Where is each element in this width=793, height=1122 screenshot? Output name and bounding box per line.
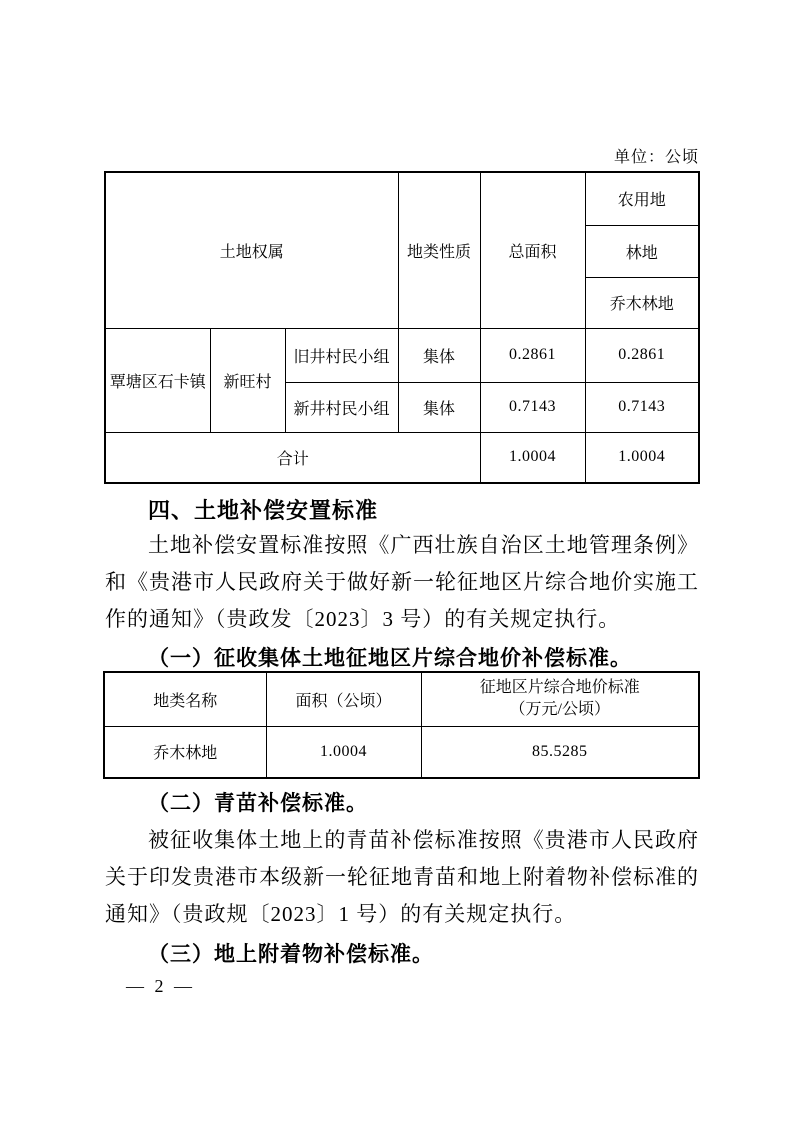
table2-header-row: 地类名称 面积（公顷） 征地区片综合地价标准 （万元/公顷）: [104, 672, 699, 726]
header-arbor-forest-land: 乔木林地: [585, 277, 699, 328]
cell-price: 85.5285: [421, 726, 699, 778]
cell-subtype-area-sum: 1.0004: [585, 432, 699, 483]
header-forest-land: 林地: [585, 225, 699, 277]
cell-total-area: 0.7143: [480, 382, 585, 432]
cell-total-area: 0.2861: [480, 328, 585, 382]
header-land-ownership: 土地权属: [105, 172, 398, 328]
table1-total-row: 合计 1.0004 1.0004: [105, 432, 699, 483]
cell-nature: 集体: [398, 328, 480, 382]
compensation-price-table: 地类名称 面积（公顷） 征地区片综合地价标准 （万元/公顷） 乔木林地 1.00…: [103, 671, 700, 779]
cell-subtype-area: 0.7143: [585, 382, 699, 432]
cell-nature: 集体: [398, 382, 480, 432]
cell-area: 1.0004: [266, 726, 421, 778]
header-agricultural-land: 农用地: [585, 172, 699, 225]
cell-subtype-area: 0.2861: [585, 328, 699, 382]
document-page: 单位：公顷 土地权属 地类性质 总面积 农用地 林地 乔木林地 覃塘区石卡镇 新…: [0, 0, 793, 1122]
unit-label: 单位：公顷: [105, 144, 699, 167]
table-row: 覃塘区石卡镇 新旺村 旧井村民小组 集体 0.2861 0.2861: [105, 328, 699, 382]
cell-group: 新井村民小组: [285, 382, 398, 432]
header-land-type: 地类名称: [104, 672, 266, 726]
table-row: 乔木林地 1.0004 85.5285: [104, 726, 699, 778]
cell-group: 旧井村民小组: [285, 328, 398, 382]
header-price-standard-line1: 征地区片综合地价标准: [424, 677, 697, 699]
header-price-standard-line2: （万元/公顷）: [424, 699, 697, 721]
cell-village: 新旺村: [210, 328, 285, 432]
header-price-standard: 征地区片综合地价标准 （万元/公顷）: [421, 672, 699, 726]
header-land-nature: 地类性质: [398, 172, 480, 328]
section-paragraph-1: 土地补偿安置标准按照《广西壮族自治区土地管理条例》和《贵港市人民政府关于做好新一…: [105, 527, 699, 638]
cell-total-area-sum: 1.0004: [480, 432, 585, 483]
land-ownership-table: 土地权属 地类性质 总面积 农用地 林地 乔木林地 覃塘区石卡镇 新旺村 旧井村…: [104, 171, 700, 484]
cell-town: 覃塘区石卡镇: [105, 328, 210, 432]
item2-heading: （二）青苗补偿标准。: [105, 785, 699, 822]
page-number: — 2 —: [126, 976, 195, 997]
item3-heading: （三）地上附着物补偿标准。: [105, 936, 699, 973]
header-area: 面积（公顷）: [266, 672, 421, 726]
item2-paragraph: 被征收集体土地上的青苗补偿标准按照《贵港市人民政府关于印发贵港市本级新一轮征地青…: [105, 822, 699, 933]
cell-total-label: 合计: [105, 432, 480, 483]
section-heading: 四、土地补偿安置标准: [105, 492, 699, 529]
header-total-area: 总面积: [480, 172, 585, 328]
table1-header-row-1: 土地权属 地类性质 总面积 农用地: [105, 172, 699, 225]
cell-land-type: 乔木林地: [104, 726, 266, 778]
